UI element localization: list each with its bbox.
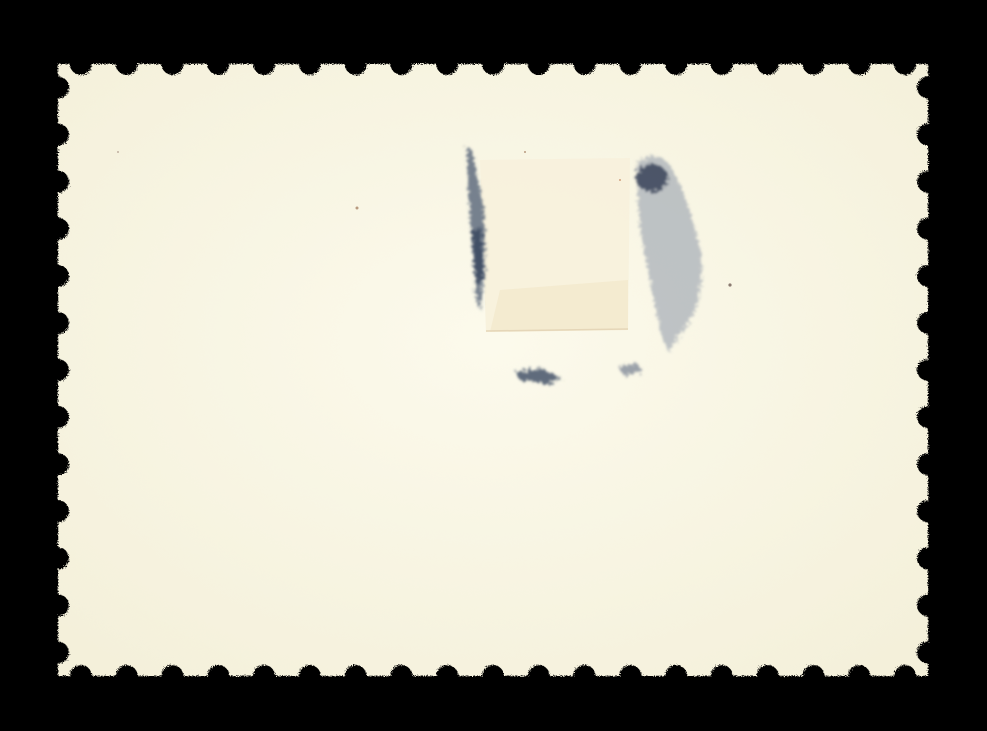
stamp-paper (58, 64, 928, 676)
hinge-remnant (480, 158, 630, 332)
stamp-photo (0, 0, 987, 731)
